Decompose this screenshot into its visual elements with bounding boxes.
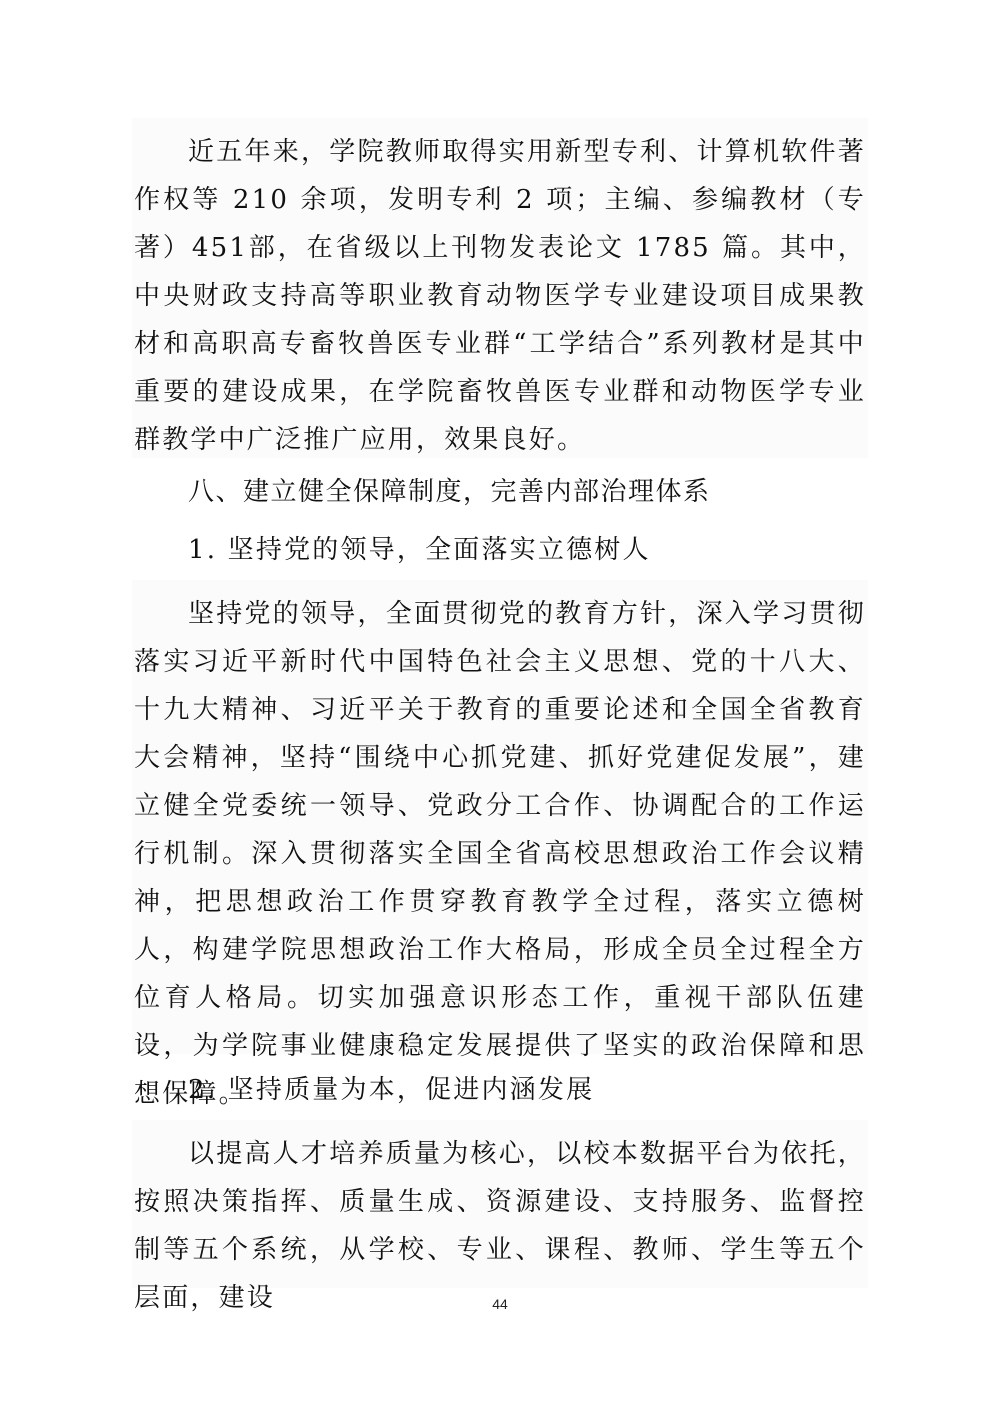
page-number: 44	[0, 1296, 1000, 1312]
section-heading-8: 八、建立健全保障制度，完善内部治理体系	[132, 468, 868, 516]
document-page: 近五年来，学院教师取得实用新型专利、计算机软件著作权等 210 余项，发明专利 …	[0, 0, 1000, 1414]
paragraph-party-leadership: 坚持党的领导，全面贯彻党的教育方针，深入学习贯彻落实习近平新时代中国特色社会主义…	[132, 580, 868, 1054]
subheading-2: 2. 坚持质量为本，促进内涵发展	[132, 1066, 868, 1114]
paragraph-text: 以提高人才培养质量为核心，以校本数据平台为依托，按照决策指挥、质量生成、资源建设…	[134, 1130, 866, 1322]
paragraph-achievements: 近五年来，学院教师取得实用新型专利、计算机软件著作权等 210 余项，发明专利 …	[132, 118, 868, 458]
paragraph-text: 近五年来，学院教师取得实用新型专利、计算机软件著作权等 210 余项，发明专利 …	[134, 128, 866, 464]
subheading-1: 1. 坚持党的领导，全面落实立德树人	[132, 526, 868, 574]
paragraph-text: 坚持党的领导，全面贯彻党的教育方针，深入学习贯彻落实习近平新时代中国特色社会主义…	[134, 590, 866, 1118]
paragraph-quality: 以提高人才培养质量为核心，以校本数据平台为依托，按照决策指挥、质量生成、资源建设…	[132, 1120, 868, 1288]
